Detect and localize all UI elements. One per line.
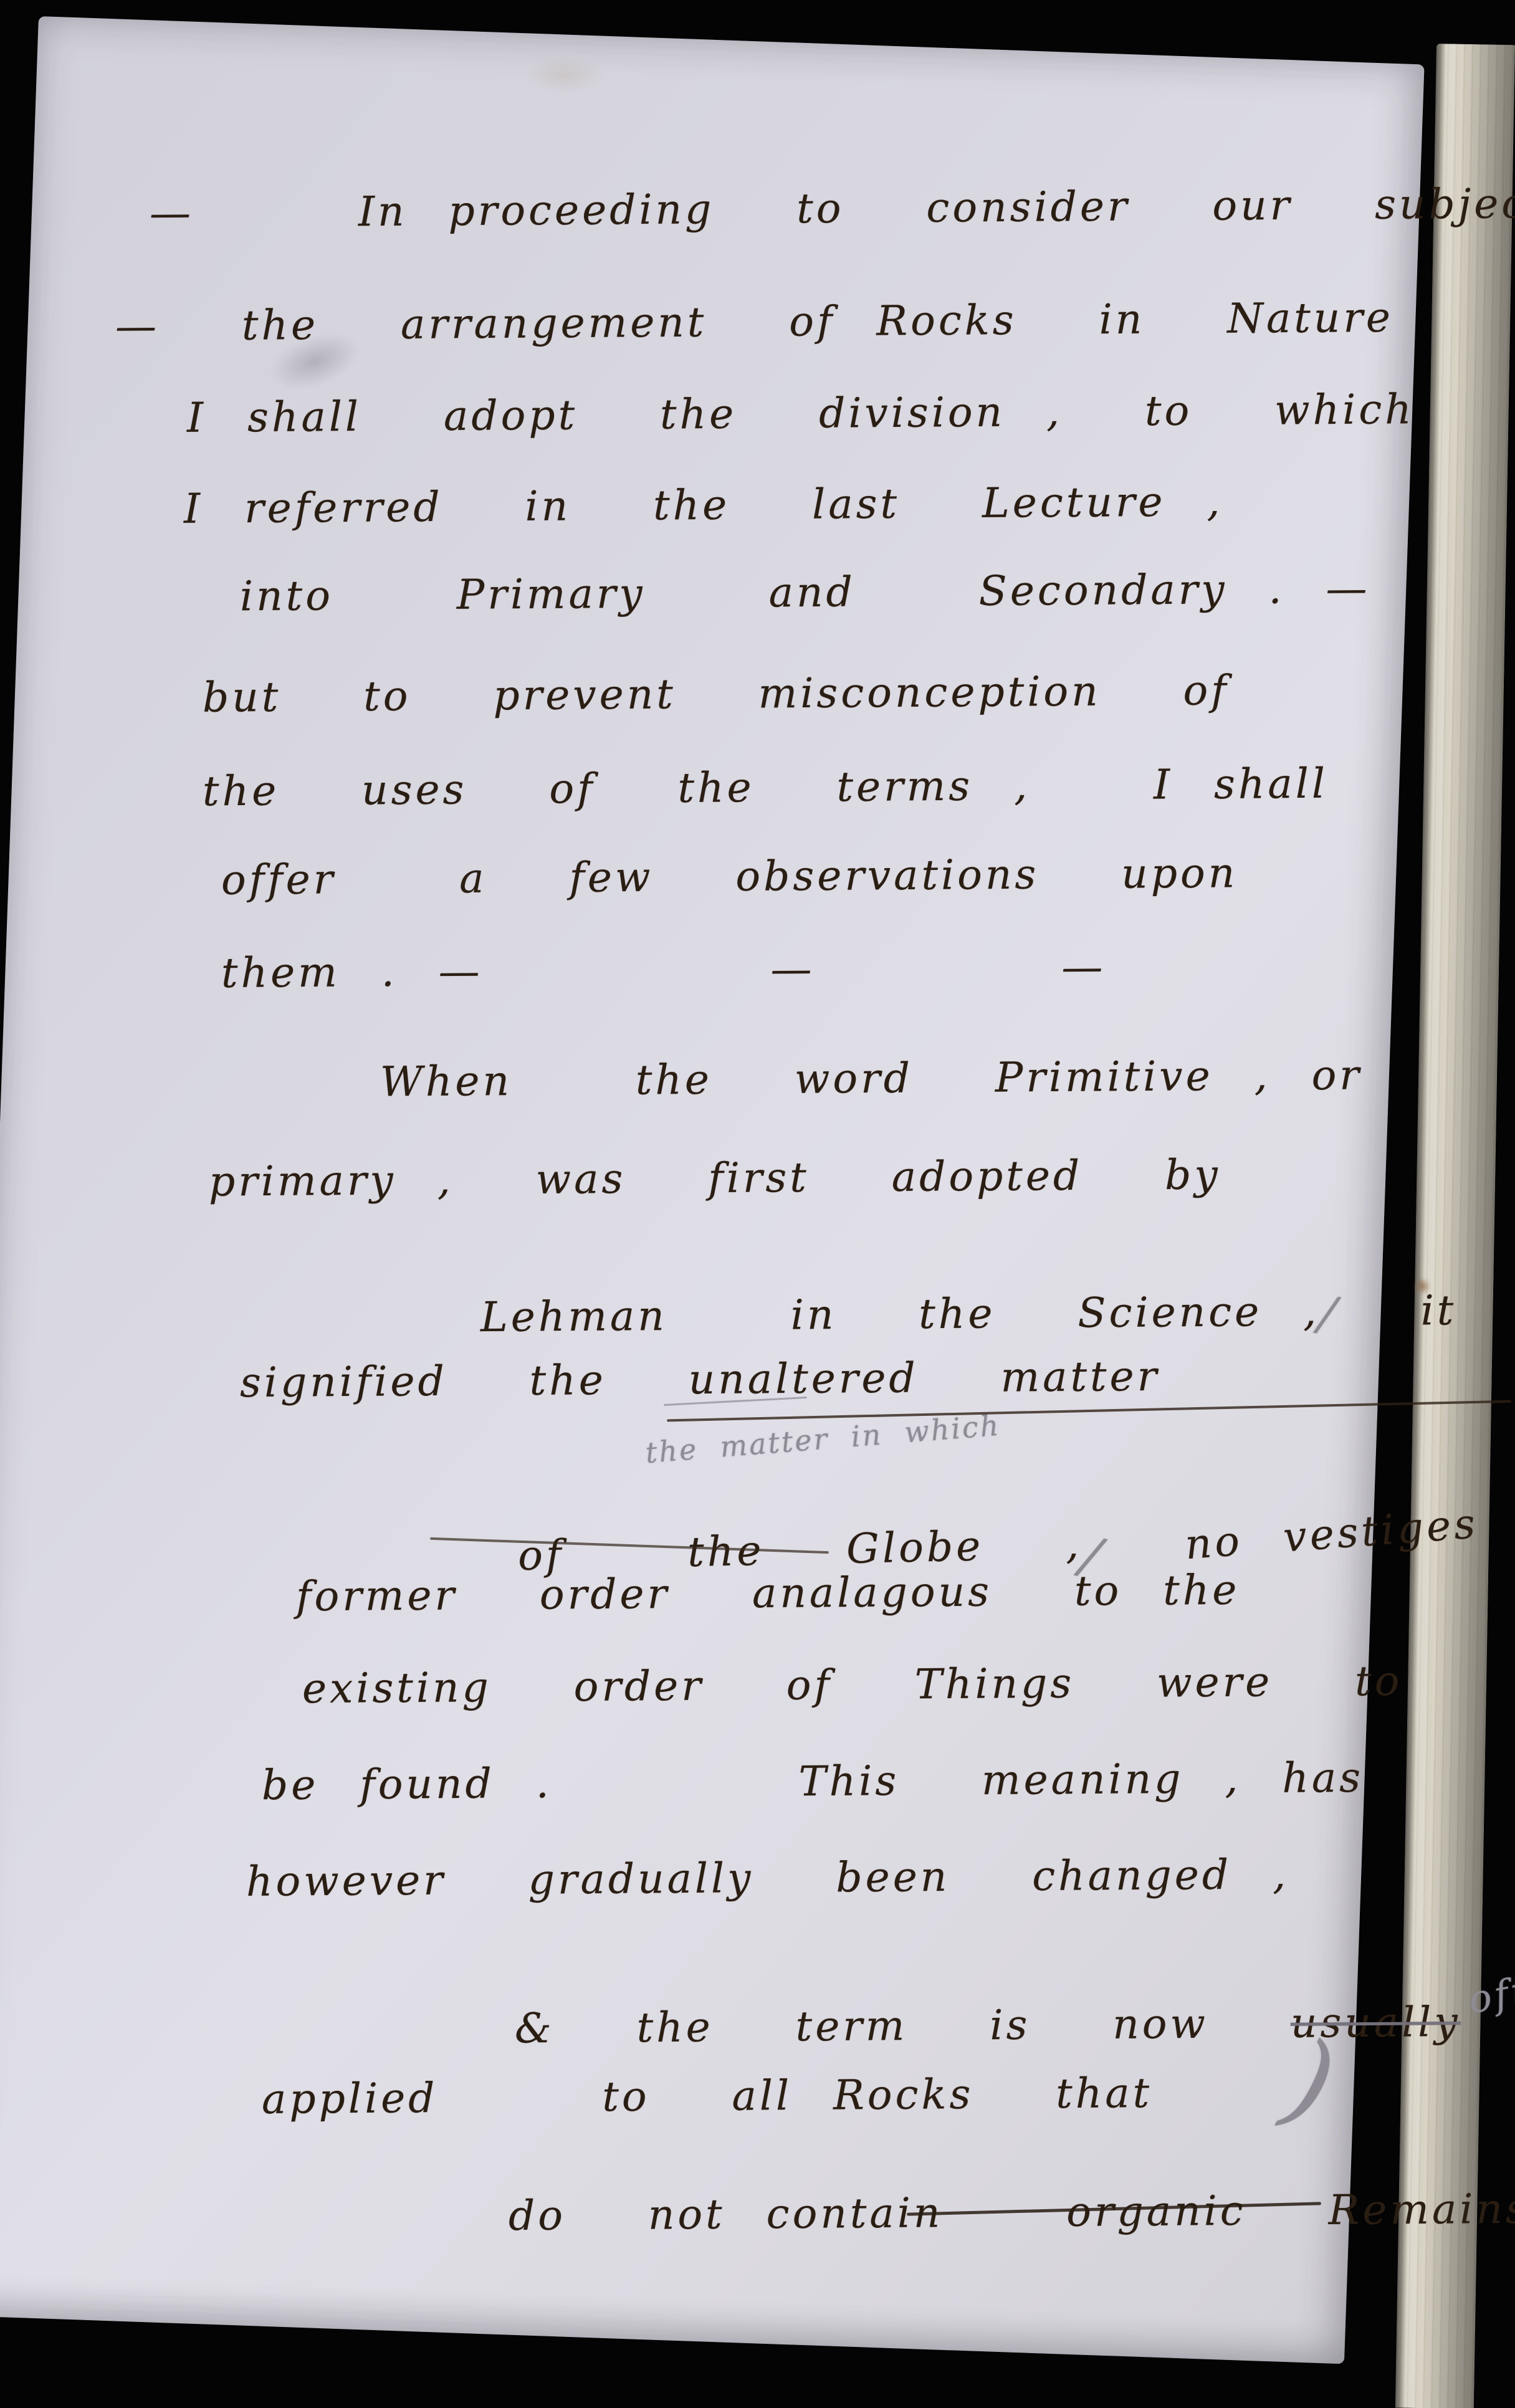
manuscript-line: I referred in the last Lecture , [184,477,1223,533]
handwriting-layer: — In proceeding to consider our subject … [0,0,1515,2408]
underline-unaltered-matter [667,1400,1511,1422]
manuscript-line: however gradually been changed , [246,1850,1289,1906]
line-text: it [1338,1286,1456,1335]
manuscript-line: offer a few observations upon [221,849,1238,904]
manuscript-line: When the word Primitive , or [380,1051,1362,1106]
manuscript-line: do not contain organic Remains . — [261,2136,1515,2290]
manuscript-line: into Primary and Secondary . — [240,565,1370,621]
manuscript-line: former order analagous to the [296,1566,1240,1621]
line-text: Lehman in the Science , [480,1288,1320,1341]
line-text: do not contain organic [509,2186,1329,2240]
manuscript-line: primary , was first adopted by [209,1150,1221,1205]
line-text: & the term is now [515,1999,1291,2053]
manuscript-line: I shall adopt the division , to which [187,385,1415,442]
manuscript-photo: — In proceeding to consider our subject … [0,0,1515,2408]
line-text: no vestiges of a [1101,1482,1515,1575]
manuscript-line: existing order of Things were to [302,1657,1403,1713]
pencil-interlinear-insertion: the matter in which [644,1408,1001,1470]
manuscript-line: them . — — — [221,943,1106,997]
underlined-word: Remains [1328,2185,1515,2234]
manuscript-line: be found . This meaning , has [262,1754,1364,1809]
manuscript-line: — the arrangement of Rocks in Nature [115,294,1393,350]
manuscript-line: — In proceeding to consider our subject … [150,178,1515,237]
manuscript-line: but to prevent misconception of [203,666,1230,722]
pencil-correction-word: often [1465,1959,1515,2022]
manuscript-line: the uses of the terms , I shall [203,760,1328,816]
manuscript-line: signified the unaltered matter [240,1352,1160,1407]
manuscript-line: applied to all Rocks that [262,2069,1153,2123]
